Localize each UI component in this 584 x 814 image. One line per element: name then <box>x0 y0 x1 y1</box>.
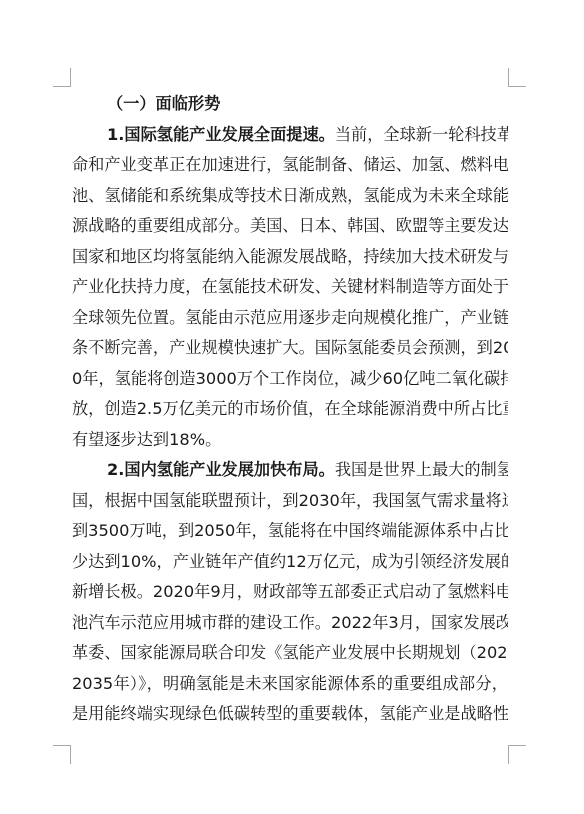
page-margin-corner-bottom-right <box>508 745 526 764</box>
page-margin-corner-top-right <box>508 68 526 87</box>
paragraph-2-line: 革委、国家能源局联合印发《氢能产业发展中长期规划（2021- <box>72 638 508 669</box>
paragraph-2-line: 是用能终端实现绿色低碳转型的重要载体，氢能产业是战略性 <box>72 699 508 730</box>
paragraph-2-lead: 2.国内氢能产业发展加快布局。 <box>107 460 335 479</box>
paragraph-1-line-1: 1.国际氢能产业发展全面提速。当前，全球新一轮科技革 <box>72 120 508 151</box>
paragraph-1-line: 条不断完善，产业规模快速扩大。国际氢能委员会预测，到205 <box>72 333 508 364</box>
paragraph-2-line: 国，根据中国氢能联盟预计，到2030年，我国氢气需求量将达 <box>72 486 508 517</box>
paragraph-1-line: 全球领先位置。氢能由示范应用逐步走向规模化推广，产业链 <box>72 303 508 334</box>
document-page: （一）面临形势 1.国际氢能产业发展全面提速。当前，全球新一轮科技革 命和产业变… <box>0 0 584 814</box>
paragraph-1-line: 0年，氢能将创造3000万个工作岗位，减少60亿吨二氧化碳排 <box>72 364 508 395</box>
paragraph-1-line: 有望逐步达到18%。 <box>72 425 508 456</box>
paragraph-1-line: 产业化扶持力度，在氢能技术研发、关键材料制造等方面处于 <box>72 272 508 303</box>
paragraph-2-line: 2035年）》，明确氢能是未来国家能源体系的重要组成部分， <box>72 669 508 700</box>
paragraph-2-line: 池汽车示范应用城市群的建设工作。2022年3月，国家发展改 <box>72 608 508 639</box>
paragraph-2-line: 到3500万吨，到2050年，氢能将在中国终端能源体系中占比至 <box>72 516 508 547</box>
paragraph-1-text: 当前，全球新一轮科技革 <box>335 125 508 144</box>
paragraph-1-lead: 1.国际氢能产业发展全面提速。 <box>107 125 335 144</box>
page-margin-corner-top-left <box>53 68 71 87</box>
paragraph-1-line: 国家和地区均将氢能纳入能源发展战略，持续加大技术研发与 <box>72 242 508 273</box>
paragraph-2-line-1: 2.国内氢能产业发展加快布局。我国是世界上最大的制氢 <box>72 455 508 486</box>
paragraph-2-line: 少达到10%，产业链年产值约12万亿元，成为引领经济发展的 <box>72 547 508 578</box>
paragraph-2-line: 新增长极。2020年9月，财政部等五部委正式启动了氢燃料电 <box>72 577 508 608</box>
paragraph-1-line: 源战略的重要组成部分。美国、日本、韩国、欧盟等主要发达 <box>72 211 508 242</box>
paragraph-1-line: 池、氢储能和系统集成等技术日渐成熟，氢能成为未来全球能 <box>72 181 508 212</box>
paragraph-2-text: 我国是世界上最大的制氢 <box>335 460 508 479</box>
page-margin-corner-bottom-left <box>53 745 71 764</box>
document-body[interactable]: （一）面临形势 1.国际氢能产业发展全面提速。当前，全球新一轮科技革 命和产业变… <box>72 89 508 730</box>
section-heading: （一）面临形势 <box>72 89 508 120</box>
paragraph-1-line: 放，创造2.5万亿美元的市场价值，在全球能源消费中所占比重 <box>72 394 508 425</box>
paragraph-1-line: 命和产业变革正在加速进行，氢能制备、储运、加氢、燃料电 <box>72 150 508 181</box>
